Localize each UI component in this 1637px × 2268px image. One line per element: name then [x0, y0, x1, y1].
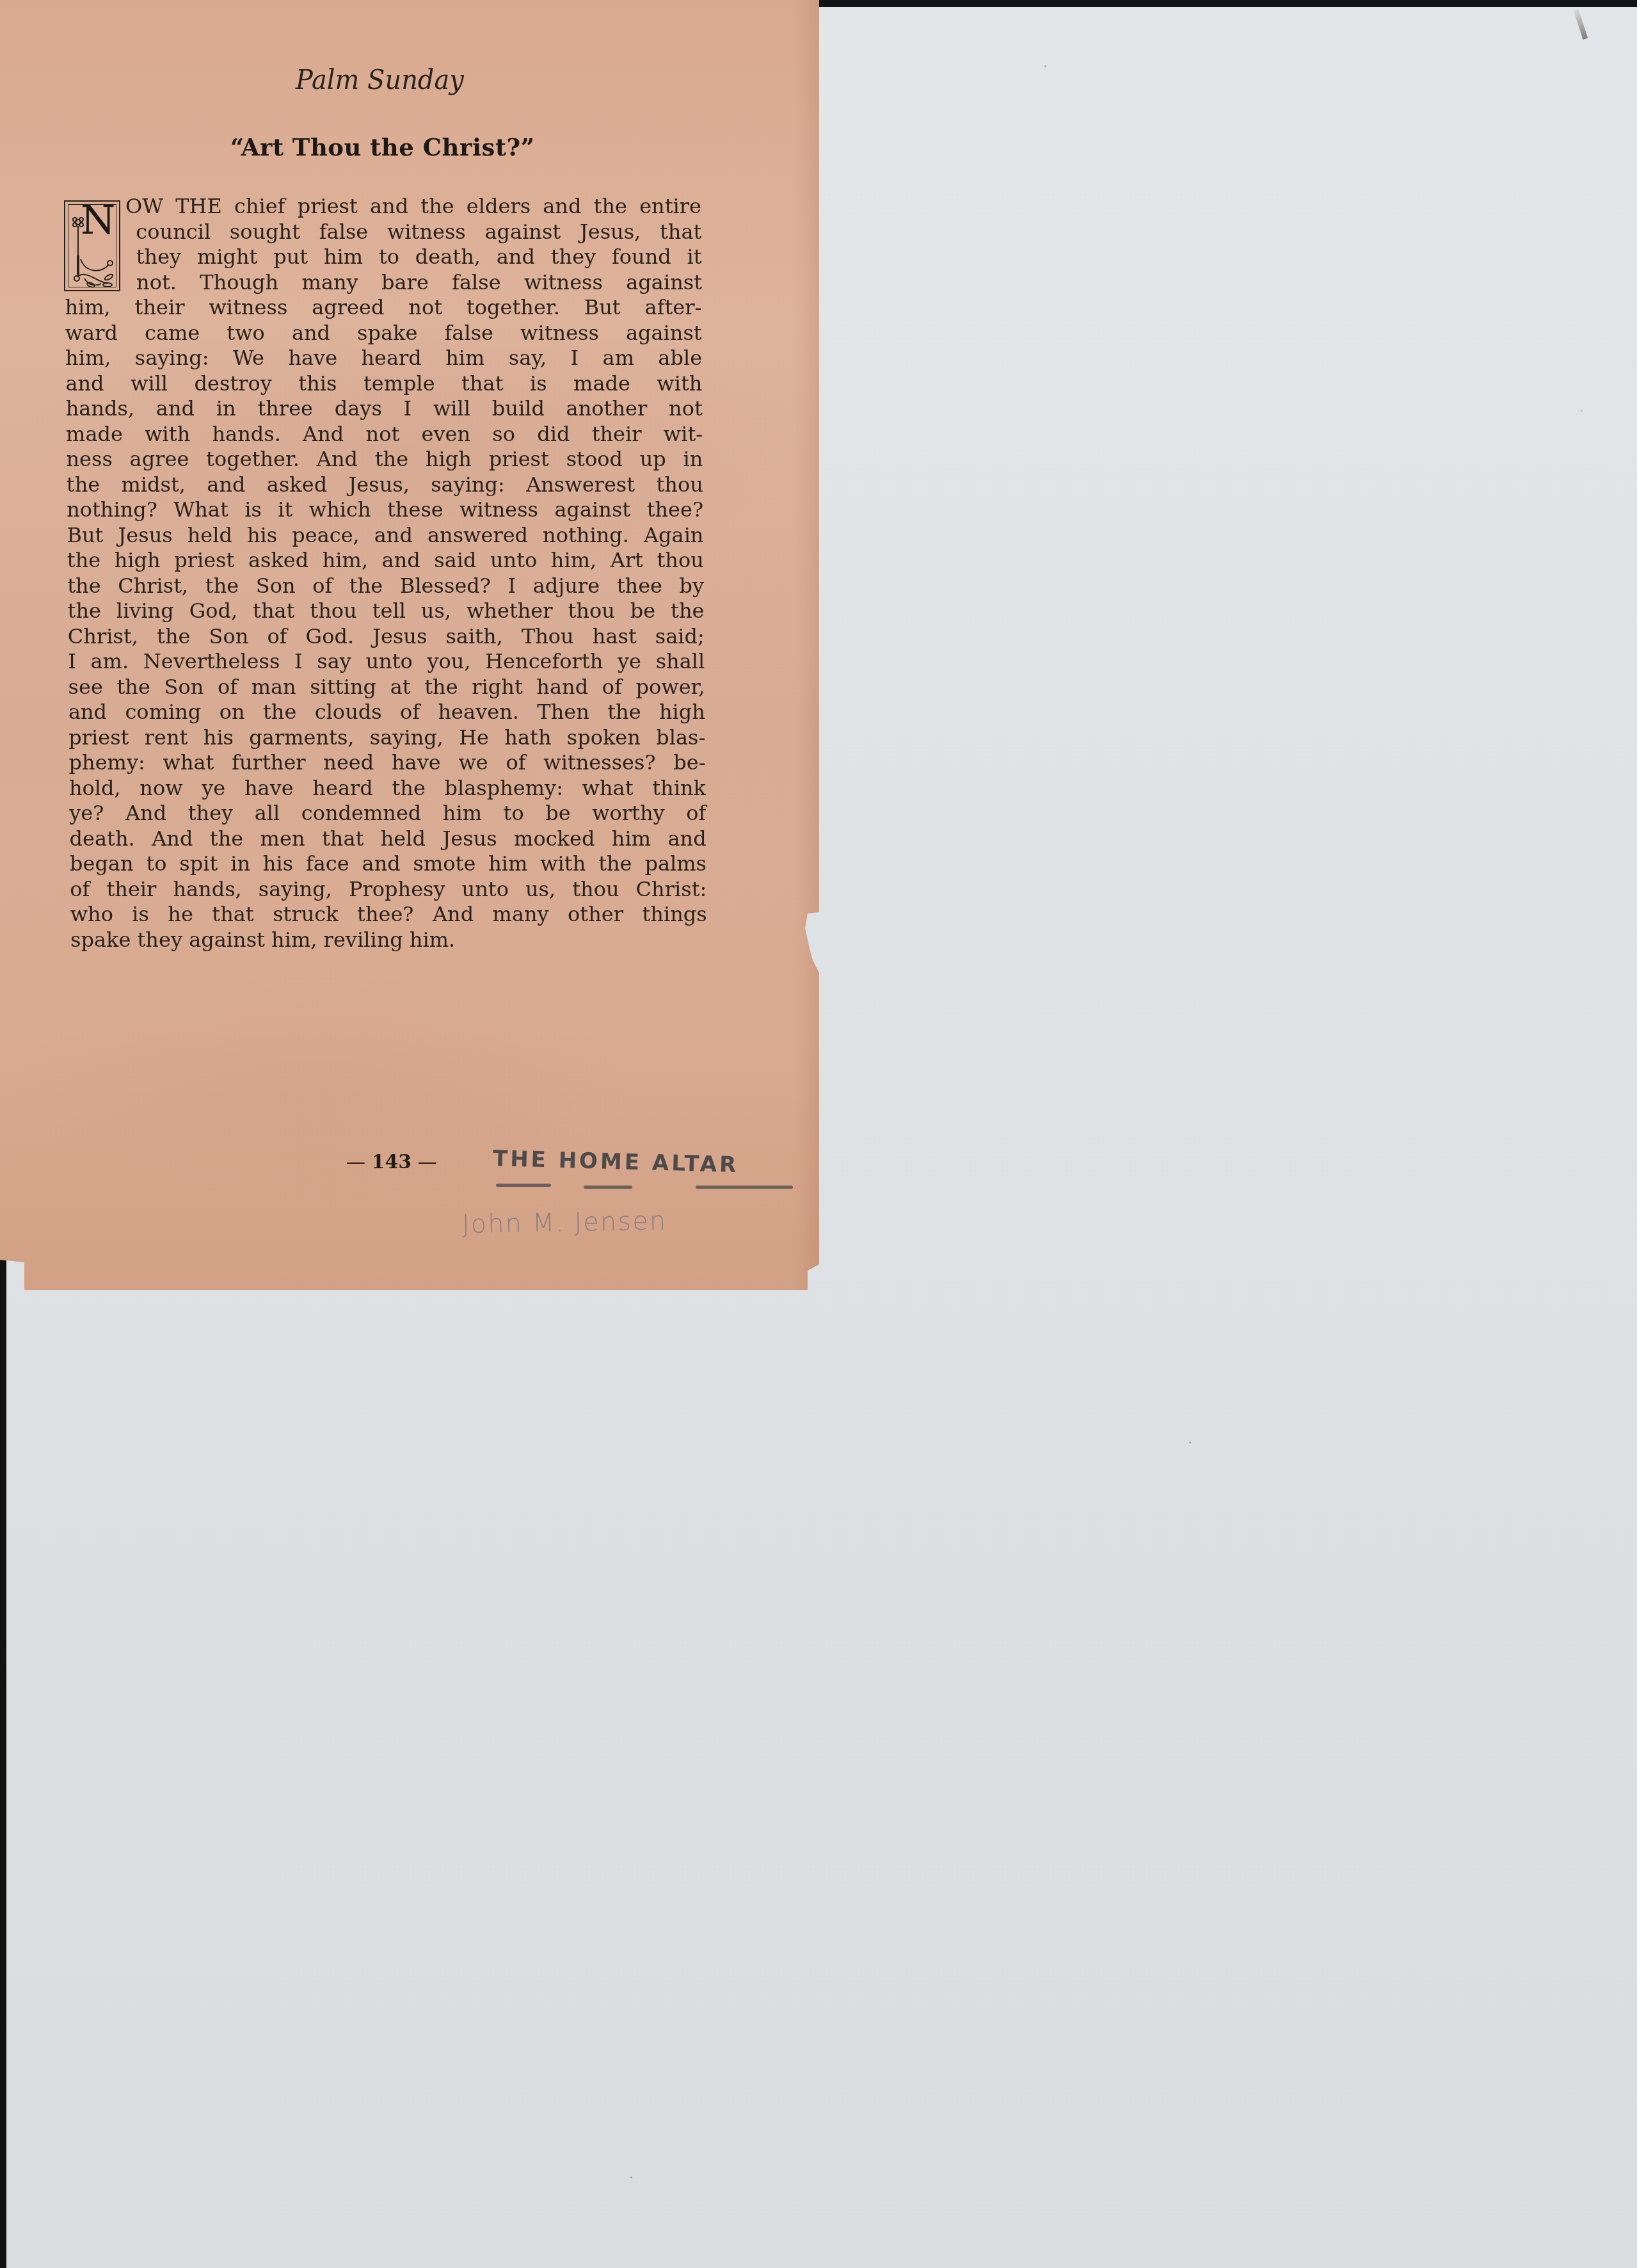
text-line: and coming on the clouds of heaven. Then… [68, 699, 705, 725]
scanner-left-edge [0, 1258, 6, 2268]
text-line: not. Though many bare false witness agai… [136, 269, 702, 295]
handwritten-signature: John M. Jensen [462, 1206, 667, 1239]
text-line: death. And the men that held Jesus mocke… [70, 826, 707, 851]
text-line: ward came two and spake false witness ag… [65, 320, 702, 346]
text-line: see the Son of man sitting at the right … [68, 674, 705, 700]
text-line: began to spit in his face and smote him … [70, 851, 707, 876]
dust-speck [1189, 1442, 1191, 1444]
text-line: the high priest asked him, and said unto… [67, 547, 704, 573]
text-line: him, their witness agreed not together. … [65, 294, 701, 320]
text-line: OW THE chief priest and the elders and t… [125, 193, 701, 219]
page-edge-shadow [794, 0, 819, 1290]
text-line: phemy: what further need have we of witn… [69, 750, 706, 775]
page-number-value: 143 [372, 1151, 412, 1173]
folio-dash-left: — [346, 1151, 365, 1173]
folio-dash-right: — [418, 1151, 437, 1173]
text-line: the living God, that thou tell us, wheth… [68, 598, 705, 623]
page-number: — 143 — [346, 1151, 437, 1173]
text-line: priest rent his garments, saying, He hat… [68, 725, 705, 750]
running-head: Palm Sunday [296, 64, 454, 95]
text-line: council sought false witness against Jes… [136, 219, 701, 245]
text-line: ye? And they all condemned him to be wor… [69, 800, 706, 826]
text-line: hands, and in three days I will build an… [66, 396, 703, 421]
drop-cap: N [64, 200, 120, 291]
text-line: they might put him to death, and they fo… [136, 244, 702, 269]
page-title: “Art Thou the Christ?” [230, 133, 534, 161]
floral-ornament-icon [69, 214, 118, 290]
book-page: Palm Sunday “Art Thou the Christ?” N OW [0, 0, 819, 1290]
text-line: who is he that struck thee? And many oth… [70, 901, 707, 927]
text-line: But Jesus held his peace, and answered n… [67, 522, 703, 548]
text-line: spake they against him, reviling him. [70, 927, 707, 953]
text-line: the Christ, the Son of the Blessed? I ad… [67, 573, 704, 599]
text-line: him, saying: We have heard him say, I am… [65, 345, 702, 371]
text-line: Christ, the Son of God. Jesus saith, Tho… [68, 623, 705, 649]
scanner-top-edge [813, 0, 1637, 7]
text-line: the midst, and asked Jesus, saying: Answ… [67, 472, 703, 497]
dust-speck [1581, 410, 1583, 412]
text-line: nothing? What is it which these witness … [67, 497, 703, 522]
dust-speck [1044, 65, 1046, 67]
text-line: and will destroy this temple that is mad… [65, 371, 702, 396]
text-line: hold, now ye have heard the blasphemy: w… [69, 775, 706, 801]
handwritten-underline [584, 1186, 632, 1189]
text-line: I am. Nevertheless I say unto you, Hence… [68, 648, 705, 674]
handwritten-underline [496, 1184, 551, 1187]
text-line: ness agree together. And the high priest… [66, 446, 703, 472]
handwritten-underline [696, 1186, 793, 1189]
text-line: of their hands, saying, Prophesy unto us… [70, 876, 707, 902]
text-line: made with hands. And not even so did the… [66, 421, 703, 447]
dust-speck [630, 2176, 632, 2178]
handwritten-book-title: THE HOME ALTAR [492, 1146, 739, 1178]
